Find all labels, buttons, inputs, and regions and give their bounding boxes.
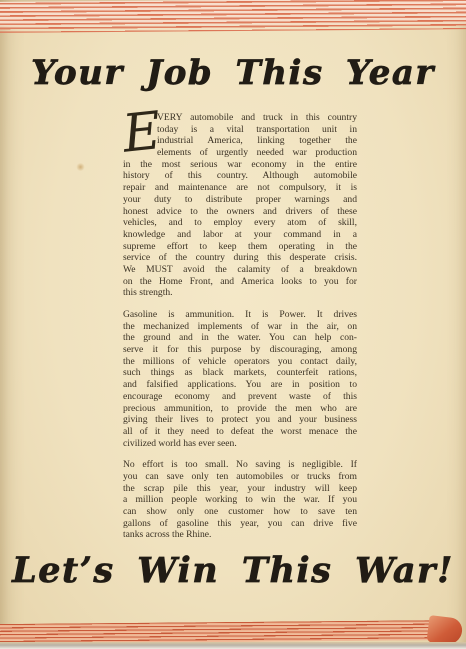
text-line: all of it they need to defeat the worst … [123,426,357,438]
drop-cap: E [121,110,160,158]
text-line: supreme effort to keep them operating in… [123,241,357,253]
text-line: can show only one customer how to save t… [123,506,357,518]
paper-stain [76,163,85,171]
text-line: civilized world has ever seen. [123,438,357,450]
text-line: such things as black markets, counterfei… [123,367,357,379]
text-line: precious ammunition, to provide the men … [123,403,357,415]
text-line: you can save only ten automobiles or tru… [123,471,357,483]
text-line: repair and maintenance are not compulsor… [123,182,357,194]
text-line: tanks across the Rhine. [123,529,357,541]
text-line: We MUST avoid the calamity of a breakdow… [123,264,357,276]
text-line: a million people working to win the war.… [123,494,357,506]
text-line: the millions of vehicle operators you co… [123,356,357,368]
body-text: EVERY automobile and truck in this count… [123,112,357,551]
text-line: Gasoline is ammunition. It is Power. It … [123,309,357,321]
bottom-stripes-decoration [0,620,452,644]
text-line: No effort is too small. No saving is neg… [123,459,357,471]
scan-edge [0,642,466,649]
page-title: Your Job This Year [0,50,466,96]
text-line: history of this country. Although automo… [123,170,357,182]
text-line: honest advice to the owners and drivers … [123,206,357,218]
text-line: gallons of gasoline this year, you can d… [123,518,357,530]
text-line: the mechanized implements of war in the … [123,321,357,333]
text-line: encourage economy and prevent waste of t… [123,391,357,403]
text-line: giving their lives to protect you and yo… [123,414,357,426]
paragraph: No effort is too small. No saving is neg… [123,459,357,541]
text-line: service of the country during this despe… [123,252,357,264]
paragraph: Gasoline is ammunition. It is Power. It … [123,309,357,449]
text-line: and falsified applications. You are in p… [123,379,357,391]
bottom-headline: Let’s Win This War! [0,548,466,594]
paragraph: EVERY automobile and truck in this count… [123,112,357,299]
text-line: the ground and in the water. You can hel… [123,332,357,344]
pamphlet-page: Your Job This Year EVERY automobile and … [0,0,466,649]
top-stripes-decoration [0,0,466,33]
text-line: knowledge and labor at your command in a [123,229,357,241]
text-line: on the Home Front, and America looks to … [123,276,357,288]
text-line: this strength. [123,287,357,299]
text-line: vehicles, and to employ every atom of sk… [123,217,357,229]
text-line: your duty to distribute proper warnings … [123,194,357,206]
text-line: serve it for this purpose by discouragin… [123,344,357,356]
text-line: the scrap pile this year, your industry … [123,483,357,495]
